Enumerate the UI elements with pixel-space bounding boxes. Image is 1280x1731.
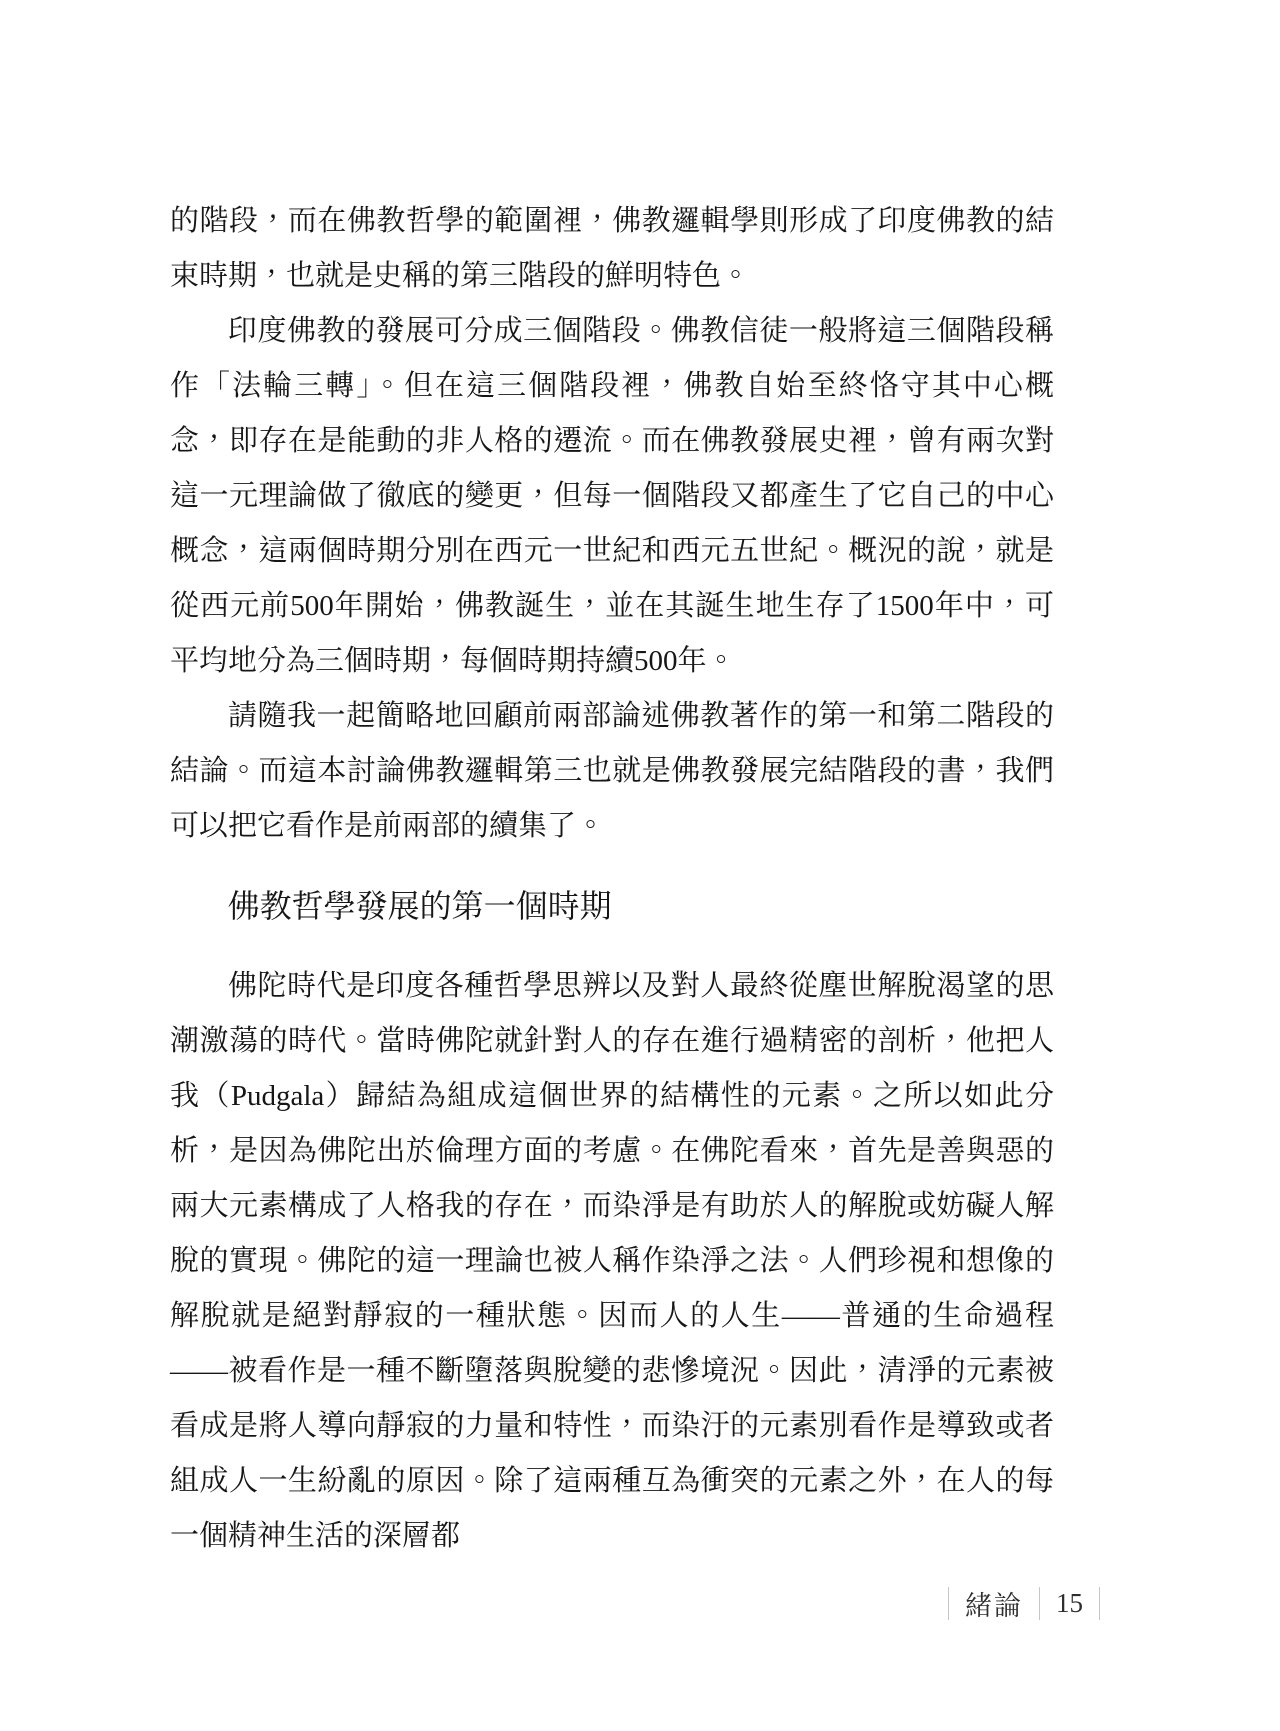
paragraph: 請隨我一起簡略地回顧前兩部論述佛教著作的第一和第二階段的結論。而這本討論佛教邏輯… (170, 689, 1054, 854)
text-column: 的階段，而在佛教哲學的範圍裡，佛教邏輯學則形成了印度佛教的結束時期，也就是史稱的… (170, 194, 1054, 1564)
paragraph-continuation: 的階段，而在佛教哲學的範圍裡，佛教邏輯學則形成了印度佛教的結束時期，也就是史稱的… (170, 194, 1054, 304)
footer-section-title: 緒論 (965, 1584, 1023, 1623)
footer-divider (948, 1587, 949, 1620)
book-page: 的階段，而在佛教哲學的範圍裡，佛教邏輯學則形成了印度佛教的結束時期，也就是史稱的… (0, 0, 1280, 1731)
footer-divider (1039, 1587, 1040, 1620)
paragraph: 印度佛教的發展可分成三個階段。佛教信徒一般將這三個階段稱作「法輪三轉」。但在這三… (170, 304, 1054, 689)
paragraph: 佛陀時代是印度各種哲學思辨以及對人最終從塵世解脫渴望的思潮激蕩的時代。當時佛陀就… (170, 959, 1054, 1564)
section-heading: 佛教哲學發展的第一個時期 (170, 879, 1054, 934)
page-footer: 緒論 15 (948, 1584, 1100, 1623)
footer-divider (1099, 1587, 1100, 1620)
page-number: 15 (1056, 1588, 1083, 1619)
